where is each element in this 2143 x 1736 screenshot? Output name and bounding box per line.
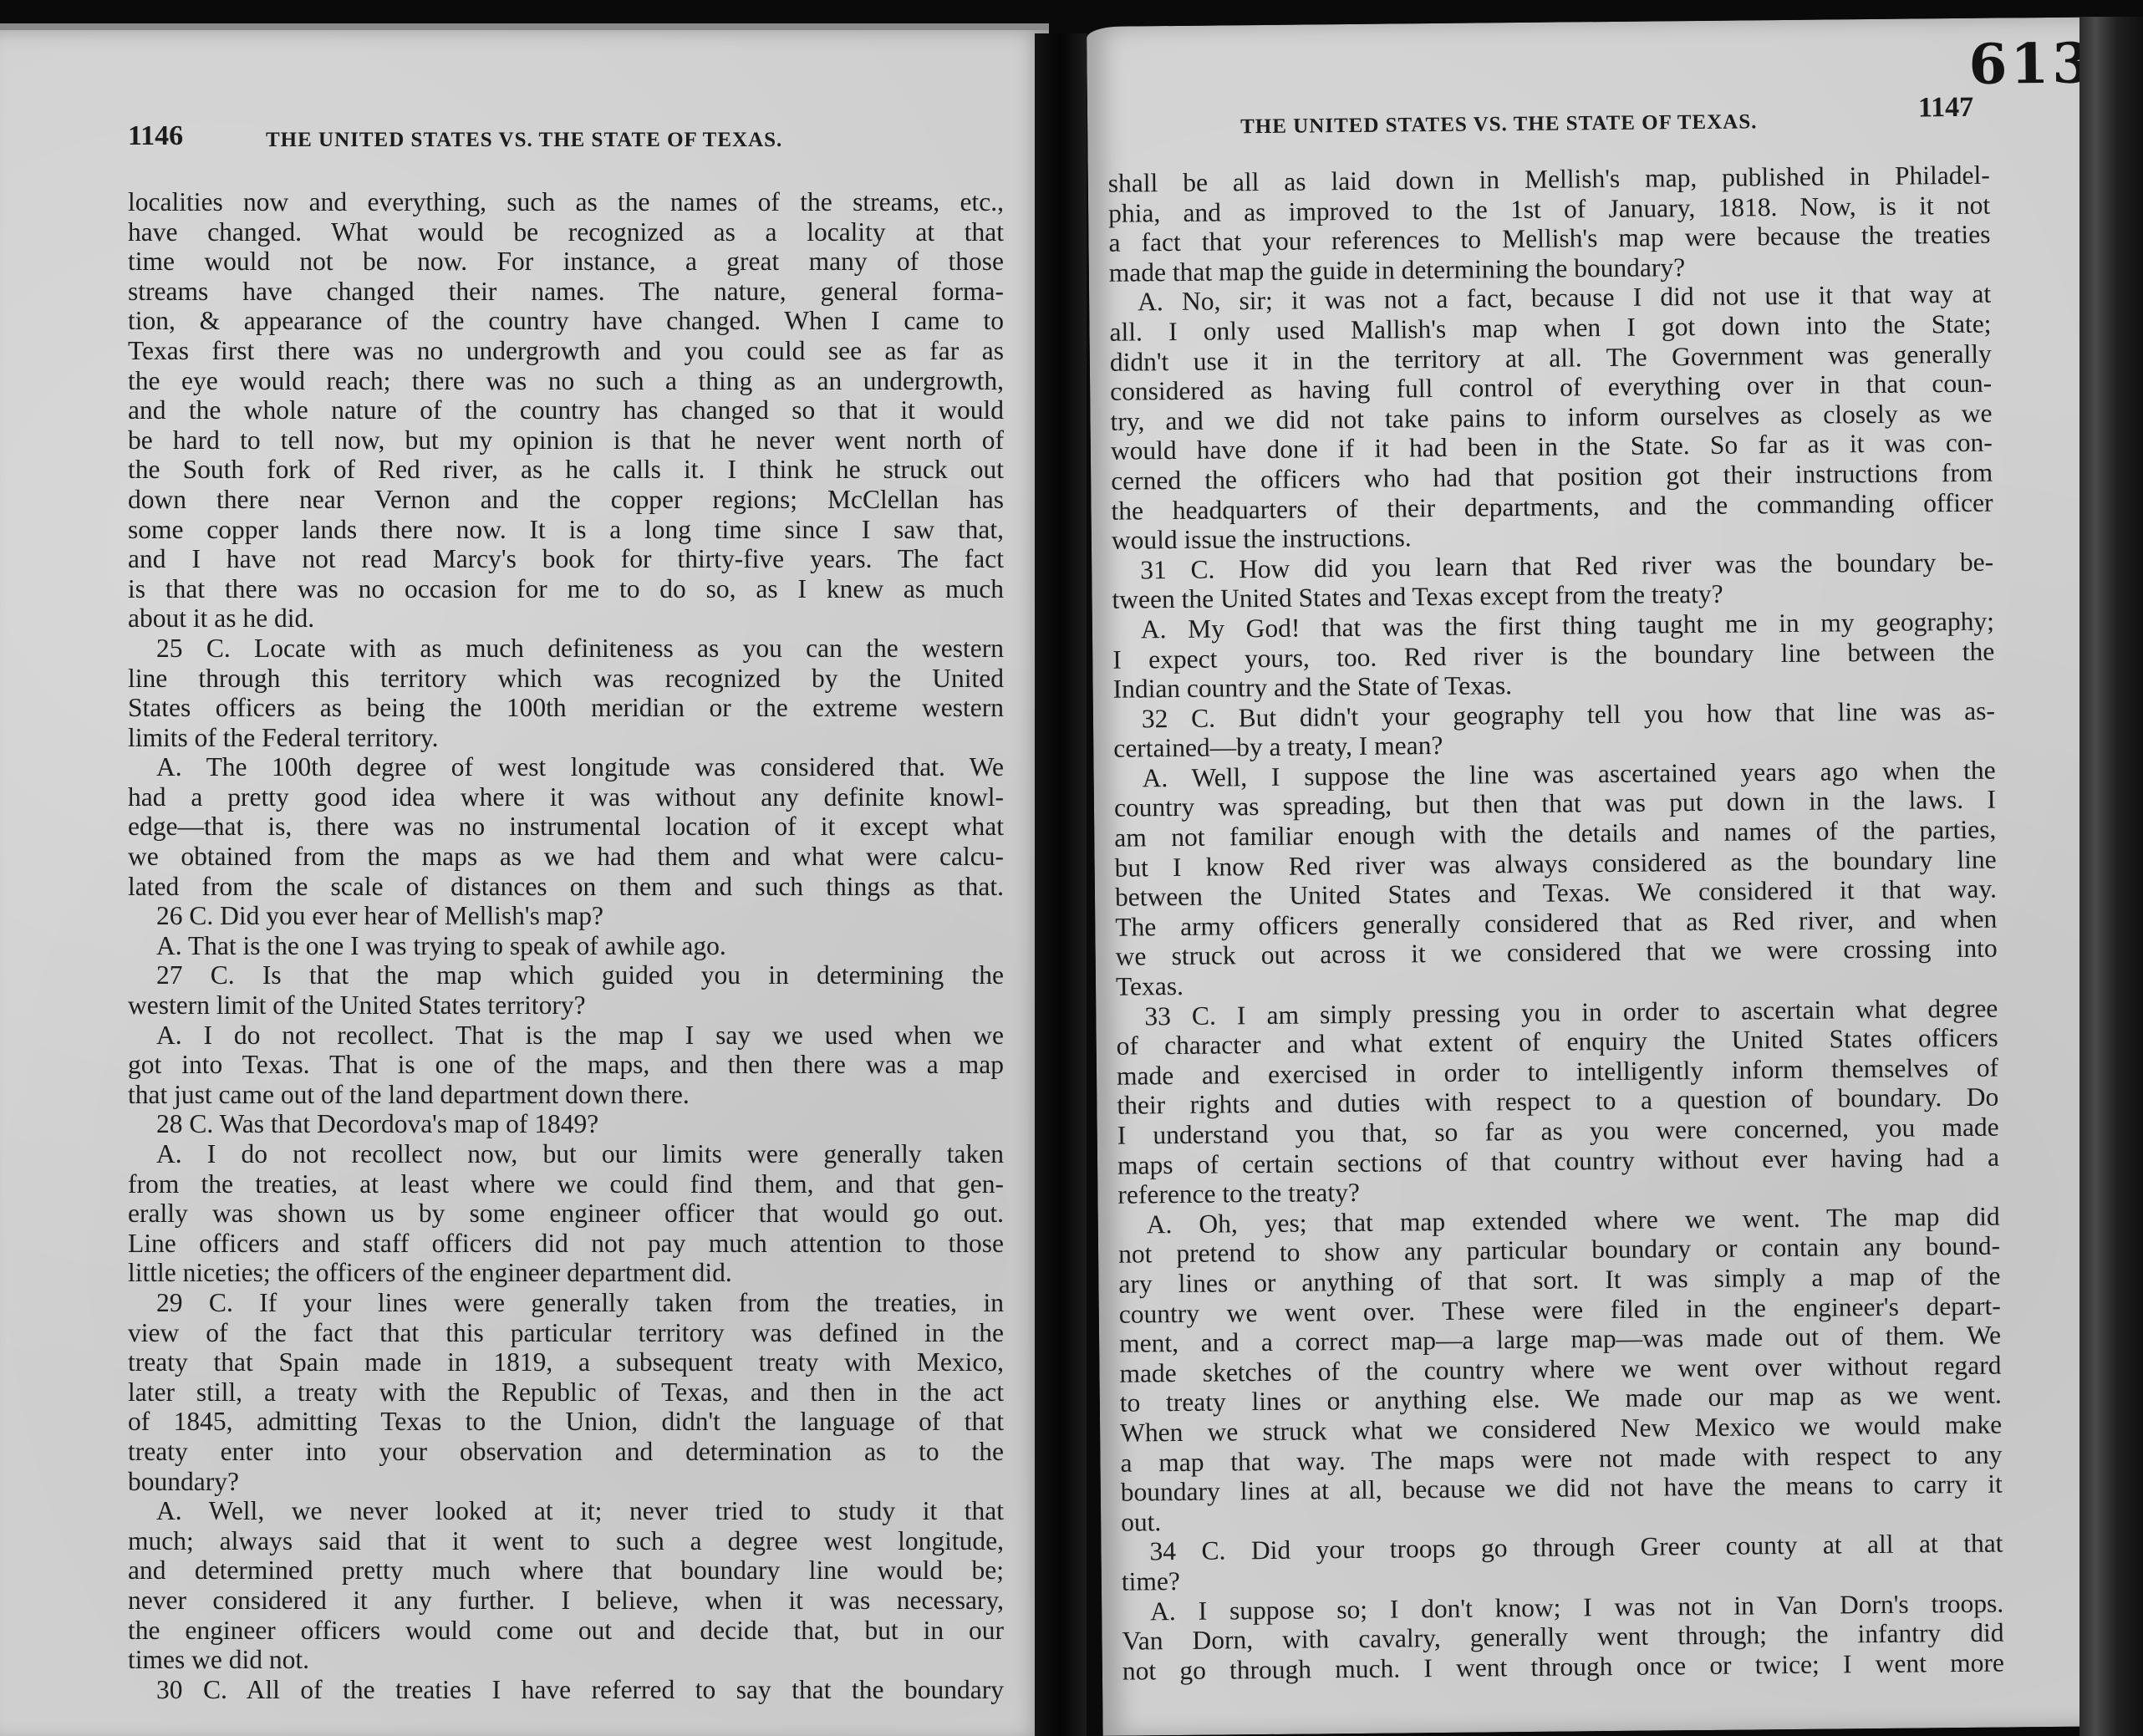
- left-body-text: localities now and everything, such as t…: [128, 187, 1004, 1704]
- text-line: erally was shown us by some engineer off…: [128, 1199, 1004, 1229]
- text-line: 30 C. All of the treaties I have referre…: [128, 1675, 1004, 1705]
- text-line: is that there was no occasion for me to …: [128, 574, 1004, 604]
- left-page: 1146 THE UNITED STATES VS. THE STATE OF …: [0, 23, 1049, 1736]
- text-line: view of the fact that this particular te…: [128, 1318, 1004, 1348]
- folio-stamp-number: 613: [1968, 30, 2095, 96]
- text-line: little niceties; the officers of the eng…: [128, 1258, 1004, 1288]
- text-line: A. I do not recollect. That is the map I…: [128, 1021, 1004, 1051]
- text-line: and the whole nature of the country has …: [128, 395, 1004, 425]
- text-line: limits of the Federal territory.: [128, 723, 1004, 753]
- text-line: got into Texas. That is one of the maps,…: [128, 1050, 1004, 1080]
- text-line: treaty enter into your observation and d…: [128, 1437, 1004, 1467]
- text-line: tion, & appearance of the country have c…: [128, 306, 1004, 336]
- text-line: 29 C. If your lines were generally taken…: [128, 1288, 1004, 1318]
- right-body-text: shall be all as laid down in Mellish's m…: [1108, 160, 2004, 1686]
- text-line: from the treaties, at least where we cou…: [128, 1169, 1004, 1199]
- text-line: much; always said that it went to such a…: [128, 1526, 1004, 1556]
- text-line: 26 C. Did you ever hear of Mellish's map…: [128, 901, 1004, 931]
- text-line: boundary?: [128, 1467, 1004, 1497]
- text-line: later still, a treaty with the Republic …: [128, 1377, 1004, 1408]
- text-line: and determined pretty much where that bo…: [128, 1555, 1004, 1586]
- text-line: about it as he did.: [128, 603, 1004, 634]
- text-line: of 1845, admitting Texas to the Union, d…: [128, 1407, 1004, 1437]
- text-line: A. Well, we never looked at it; never tr…: [128, 1496, 1004, 1526]
- text-line: down there near Vernon and the copper re…: [128, 485, 1004, 515]
- text-line: we obtained from the maps as we had them…: [128, 842, 1004, 872]
- text-line: Texas first there was no undergrowth and…: [128, 336, 1004, 366]
- text-line: that just came out of the land departmen…: [128, 1080, 1004, 1110]
- text-line: be hard to tell now, but my opinion is t…: [128, 425, 1004, 456]
- text-line: A. I do not recollect now, but our limit…: [128, 1139, 1004, 1169]
- text-line: edge—that is, there was no instrumental …: [128, 812, 1004, 842]
- text-line: A. That is the one I was trying to speak…: [128, 931, 1004, 961]
- text-line: line through this territory which was re…: [128, 664, 1004, 694]
- right-page-number: 1147: [1918, 92, 1973, 125]
- text-line: streams have changed their names. The na…: [128, 277, 1004, 307]
- left-running-head: THE UNITED STATES VS. THE STATE OF TEXAS…: [266, 129, 782, 152]
- right-running-head: THE UNITED STATES VS. THE STATE OF TEXAS…: [1240, 110, 1758, 139]
- right-page: 613 THE UNITED STATES VS. THE STATE OF T…: [1087, 18, 2098, 1736]
- text-line: have changed. What would be recognized a…: [128, 217, 1004, 247]
- text-line: and I have not read Marcy's book for thi…: [128, 544, 1004, 574]
- text-line: 28 C. Was that Decordova's map of 1849?: [128, 1109, 1004, 1139]
- text-line: the South fork of Red river, as he calls…: [128, 455, 1004, 485]
- text-line: States officers as being the 100th merid…: [128, 693, 1004, 723]
- left-page-number: 1146: [128, 120, 183, 152]
- text-line: the eye would reach; there was no such a…: [128, 366, 1004, 396]
- text-line: localities now and everything, such as t…: [128, 187, 1004, 217]
- text-line: lated from the scale of distances on the…: [128, 872, 1004, 902]
- text-line: times we did not.: [128, 1645, 1004, 1675]
- text-line: A. The 100th degree of west longitude wa…: [128, 752, 1004, 782]
- text-line: 25 C. Locate with as much definiteness a…: [128, 634, 1004, 664]
- text-line: time would not be now. For instance, a g…: [128, 247, 1004, 277]
- text-line: some copper lands there now. It is a lon…: [128, 515, 1004, 545]
- text-line: western limit of the United States terri…: [128, 990, 1004, 1021]
- text-line: 27 C. Is that the map which guided you i…: [128, 960, 1004, 990]
- text-line: had a pretty good idea where it was with…: [128, 782, 1004, 812]
- book-fore-edge: [2079, 17, 2143, 1736]
- text-line: the engineer officers would come out and…: [128, 1616, 1004, 1646]
- book-gutter: [1035, 33, 1087, 1736]
- text-line: Line officers and staff officers did not…: [128, 1229, 1004, 1259]
- text-line: treaty that Spain made in 1819, a subseq…: [128, 1347, 1004, 1377]
- text-line: never considered it any further. I belie…: [128, 1586, 1004, 1616]
